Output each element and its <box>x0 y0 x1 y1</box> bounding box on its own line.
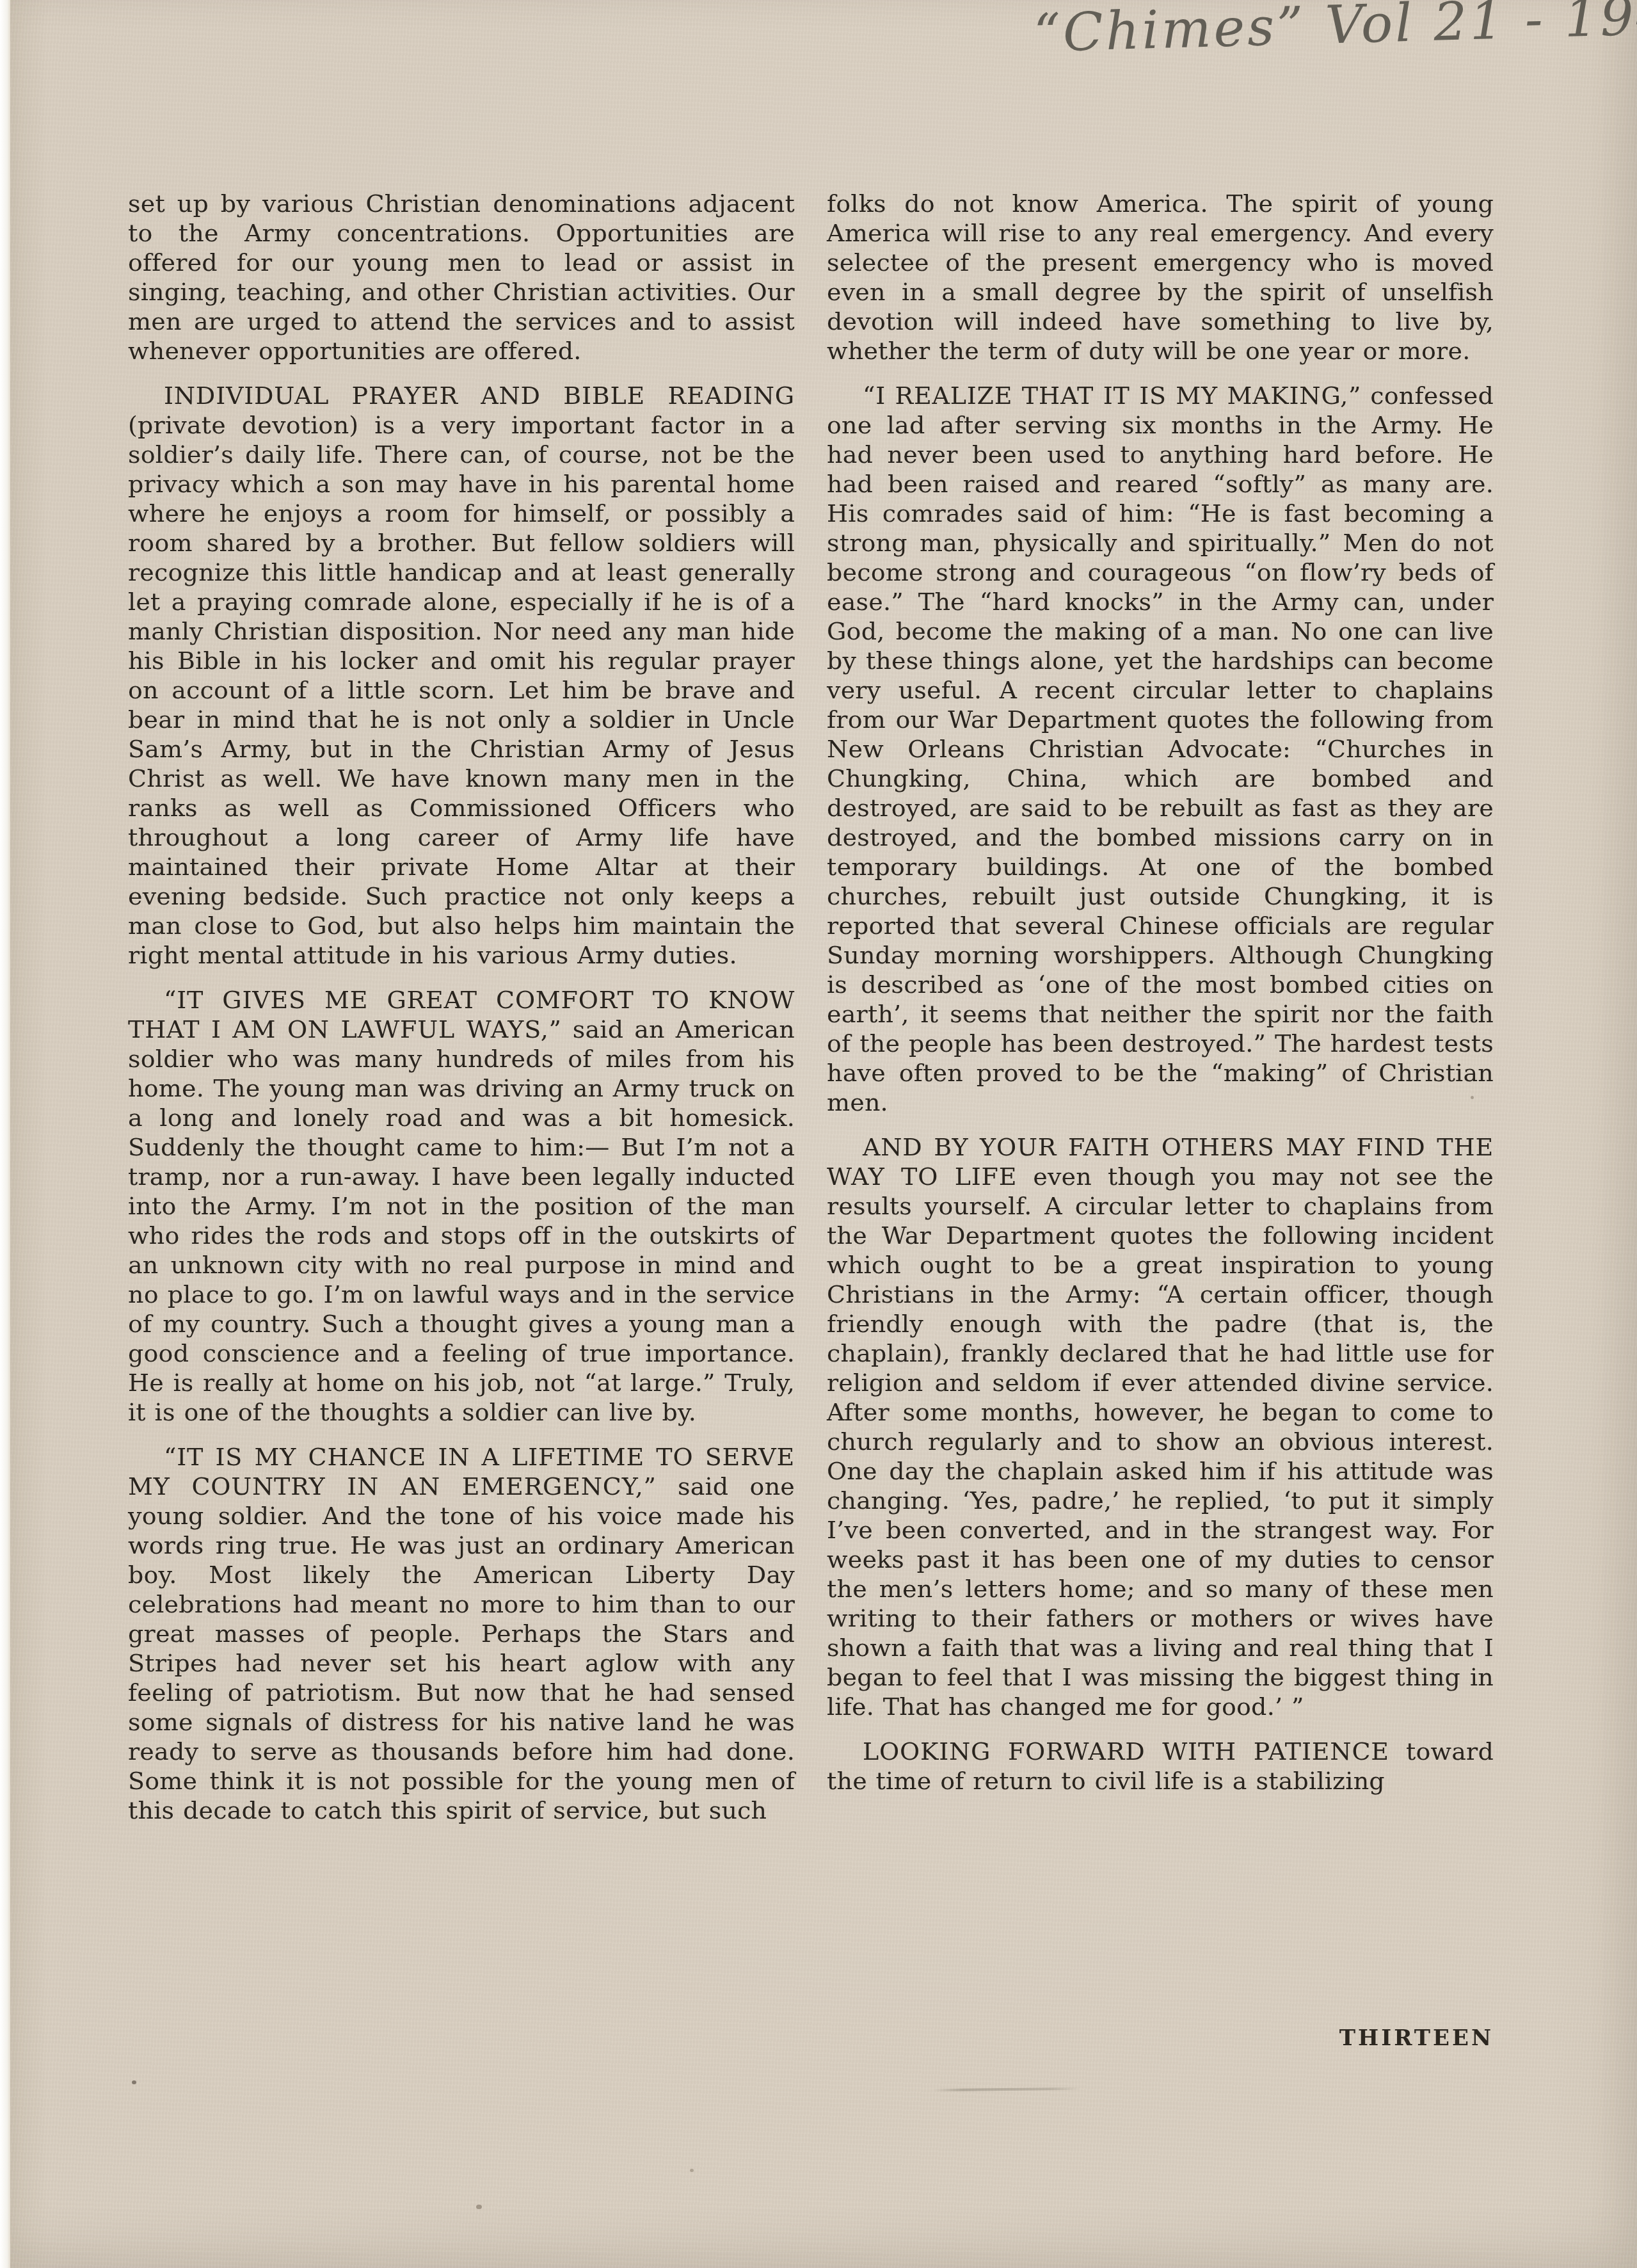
paragraph-lead: LOOKING FORWARD WITH PATIENCE <box>863 1737 1389 1765</box>
paragraph-text: confessed one lad after serving six mont… <box>827 382 1494 1116</box>
paragraph: AND BY YOUR FAITH OTHERS MAY FIND THE WA… <box>827 1132 1494 1721</box>
left-column: set up by various Christian denomination… <box>128 189 795 1840</box>
paragraph-text: folks do not know America. The spirit of… <box>827 189 1494 365</box>
paragraph-text: said one young soldier. And the tone of … <box>128 1472 795 1824</box>
paragraph-lead: INDIVIDUAL PRAYER AND BIBLE READING <box>164 382 795 410</box>
paragraph-text: (private devotion) is a very important f… <box>128 411 795 969</box>
scanner-edge <box>0 0 10 2268</box>
paragraph-lead: “I REALIZE THAT IT IS MY MAKING,” <box>863 382 1361 410</box>
dust-speck <box>476 2205 482 2209</box>
scanned-page: { "annotation": { "handwritten_note": "\… <box>0 0 1637 2268</box>
paragraph-text: even though you may not see the results … <box>827 1162 1494 1721</box>
right-column: folks do not know America. The spirit of… <box>827 189 1494 1811</box>
dust-speck <box>690 2169 694 2172</box>
paragraph-text: said an American soldier who was many hu… <box>128 1015 795 1426</box>
paragraph: set up by various Christian denomination… <box>128 189 795 366</box>
paragraph: LOOKING FORWARD WITH PATIENCE toward the… <box>827 1737 1494 1796</box>
page-number: THIRTEEN <box>827 2025 1494 2051</box>
paragraph-text: set up by various Christian denomination… <box>128 189 795 365</box>
dust-speck <box>1471 1096 1474 1099</box>
paragraph: INDIVIDUAL PRAYER AND BIBLE READING (pri… <box>128 381 795 970</box>
dust-speck <box>132 2080 136 2084</box>
paragraph: “I REALIZE THAT IT IS MY MAKING,” confes… <box>827 381 1494 1117</box>
paragraph: folks do not know America. The spirit of… <box>827 189 1494 366</box>
paragraph: “IT GIVES ME GREAT COMFORT TO KNOW THAT … <box>128 985 795 1427</box>
paragraph: “IT IS MY CHANCE IN A LIFETIME TO SERVE … <box>128 1442 795 1825</box>
